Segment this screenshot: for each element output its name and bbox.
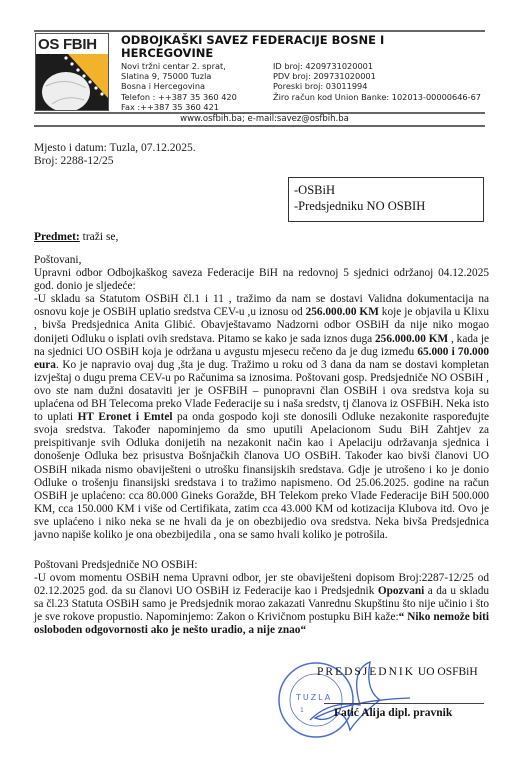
bank-account: Žiro račun kod Union Banke: 102013-00000… <box>273 92 488 102</box>
vat-number: PDV broj: 209731020001 <box>273 71 488 81</box>
title-spaced: PREDSJEDNIK <box>317 666 415 678</box>
volleyball-flag-icon <box>36 54 108 110</box>
greeting: Poštovani, <box>34 254 489 267</box>
registry-block: ID broj: 4209731020001 PDV broj: 2097310… <box>273 61 488 102</box>
emphasized-text: 256.000.00 KM <box>375 333 448 345</box>
signatory-name: Fatić Alija dipl. pravnik <box>334 707 452 719</box>
recipients-box: -OSBiH -Predsjedniku NO OSBIH <box>288 177 484 222</box>
letterhead-top-rule <box>34 30 485 32</box>
osfbih-logo: OS FBIH <box>35 33 109 111</box>
subject-text: traži se, <box>80 231 119 243</box>
body-text: pa onda gospodo koji ste donosili Odluke… <box>34 411 489 541</box>
paragraph-2-text: -U ovom momentu OSBiH nema Upravni odbor… <box>34 572 489 637</box>
body-text: Upravni odbor Odbojkaškog saveza Federac… <box>34 267 489 292</box>
subject-label: Predmet: <box>34 231 80 243</box>
paragraph-1-text: Upravni odbor Odbojkaškog saveza Federac… <box>34 267 489 542</box>
id-number: ID broj: 4209731020001 <box>273 61 488 71</box>
web-contact-line: www.osfbih.ba; e-mail:savez@osfbih.ba <box>0 114 529 124</box>
organization-name: ODBOJKAŠKI SAVEZ FEDERACIJE BOSNE I HERC… <box>121 34 461 60</box>
logo-text: OS FBIH <box>38 36 97 53</box>
fax-line: Fax :++387 35 360 421 <box>121 102 237 112</box>
recipient: -Predsjedniku NO OSBIH <box>294 198 478 214</box>
subject-line: Predmet: traži se, <box>34 231 118 243</box>
address-block: Novi tržni centar 2. sprat, Slatina 9, 7… <box>121 61 237 112</box>
document-meta: Mjesto i datum: Tuzla, 07.12.2025. Broj:… <box>34 142 196 168</box>
signature-rule <box>324 703 484 704</box>
address-line: Slatina 9, 75000 Tuzla <box>121 71 237 81</box>
place-date: Mjesto i datum: Tuzla, 07.12.2025. <box>34 142 196 155</box>
emphasized-text: 256.000.00 KM <box>306 306 379 318</box>
tax-number: Poreski broj: 03011994 <box>273 81 488 91</box>
body-paragraph-1: Poštovani, Upravni odbor Odbojkaškog sav… <box>34 254 489 542</box>
title-tail: UO OSFBiH <box>415 666 478 678</box>
body-paragraph-2: Poštovani Predsjedniče NO OSBiH: -U ovom… <box>34 559 489 638</box>
letterhead-bottom-rule <box>34 125 485 127</box>
signatory-title: PREDSJEDNIK UO OSFBiH <box>317 666 478 678</box>
phone-line: Telefon : ++387 35 360 420 <box>121 92 237 102</box>
greeting-2: Poštovani Predsjedniče NO OSBiH: <box>34 559 489 572</box>
recipient: -OSBiH <box>294 182 478 198</box>
emphasized-text: HT Eronet i Emtel <box>78 411 173 423</box>
address-line: Novi tržni centar 2. sprat, <box>121 61 237 71</box>
address-line: Bosna i Hercegovina <box>121 81 237 91</box>
emphasized-text: Opozvani <box>378 585 424 597</box>
document-number: Broj: 2288-12/25 <box>34 155 196 168</box>
